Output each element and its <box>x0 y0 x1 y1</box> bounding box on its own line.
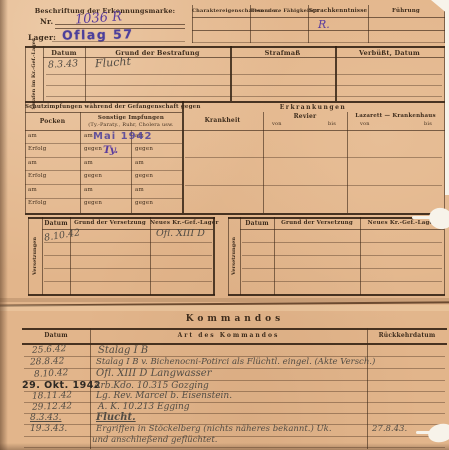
erkrankungen-revier-von: von <box>272 121 282 127</box>
strafen-row1-grund: Flucht <box>95 55 132 70</box>
erkrankungen-lazarett-von: von <box>360 121 370 127</box>
erkrankungen-lazarett-bis: bis <box>424 121 432 127</box>
kommando-row-art: Lg. Rev. Marcel b. Eisenstein. <box>96 391 232 401</box>
versetzungen-left-side-label: Versetzungen <box>32 237 38 275</box>
kommandos-col-art: Art des Kommandos <box>90 332 367 339</box>
kommando-row-art: A. K. 10.213 Egging <box>98 402 190 412</box>
kommando-row-art: Arb.Kdo. 10.315 Gozging <box>94 381 209 391</box>
versetzungen-left-col-neues: Neues Kr.-Gef.-Lager <box>150 220 213 226</box>
strafen-side-label-box: Strafen im Kr.-Gef.-Lager <box>25 46 43 101</box>
kommando-row-art: Stalag I B v. Bichenocni-Potirci als Flü… <box>96 357 375 367</box>
impf-r3c3-am: am <box>135 160 144 166</box>
versetzungen-right-col-grund: Grund der Versetzung <box>274 220 360 226</box>
impf-stamp-mai-1942: Mai 1942 <box>93 131 152 142</box>
versetzungen-row1-neues-lager: Ofl. XIII D <box>156 228 205 239</box>
nr-label: Nr. <box>40 17 53 26</box>
impfungen-col-pocken: Pocken <box>25 118 80 125</box>
erkrankungen-revier-bis: bis <box>328 121 336 127</box>
bottom-right-tear-tail <box>416 431 432 434</box>
impf-r4c3-gegen: gegen <box>135 173 153 179</box>
kommandos-col-datum: Datum <box>22 332 90 339</box>
kommando-row-rueckkehr: 27.8.43. <box>372 424 407 434</box>
versetzungen-left-col-datum: Datum <box>42 220 70 227</box>
bottom-edge-shadow <box>0 443 449 450</box>
kommando-row-art: Stalag I B <box>98 345 148 356</box>
pow-record-card: Beschriftung der Erkennungsmarke: Nr. 10… <box>0 0 449 450</box>
versetzungen-left-side-label-box: Versetzungen <box>28 217 42 295</box>
impf-entry-ty: Ty. <box>103 144 118 156</box>
card-seam-highlight <box>0 305 449 311</box>
impfungen-title: Schutzimpfungen während der Gefangenscha… <box>25 104 182 110</box>
impf-r6c2-gegen: gegen <box>84 200 102 206</box>
impf-r1c1-am: am <box>28 133 37 139</box>
impfungen-col-sonstige-line2: (Ty.-Paraty., Ruhr, Cholera usw. <box>80 122 182 128</box>
versetzungen-right-col-datum: Datum <box>240 220 274 227</box>
kommando-row-date: 29.12.42 <box>32 401 72 412</box>
versetzungen-right-side-label-box: Versetzungen <box>228 217 240 295</box>
erkrankungen-col-lazarett: Lazarett — Krankenhaus <box>347 113 444 119</box>
strafen-col-datum: Datum <box>43 49 85 57</box>
impf-r1c2-am: am <box>84 133 93 139</box>
kommando-row-date: 28.8.42 <box>30 356 65 367</box>
strafen-col-strafmass: Strafmaß <box>230 49 335 57</box>
kommando-row-date: 18.11.42 <box>32 390 72 401</box>
kommando-row-date: 8.3.43. <box>30 413 62 423</box>
col-besondere-faehigkeiten: Besondere Fähigkeiten <box>250 8 308 14</box>
col-sprachkenntnisse: Sprachkenntnisse <box>308 8 368 14</box>
versetzungen-left-col-grund: Grund der Versetzung <box>70 220 150 226</box>
kommando-row-date: 19.3.43. <box>30 424 67 434</box>
impf-r2c1-erfolg: Erfolg <box>28 146 46 152</box>
impf-r2c3-gegen: gegen <box>135 146 153 152</box>
kommandos-col-rueckkehrdatum: Rückkehrdatum <box>367 332 447 339</box>
kommandos-title: Kommandos <box>25 314 445 324</box>
kommando-row-date: 25.6.42 <box>32 344 67 356</box>
kommando-row-date: 8.10.42 <box>34 368 69 380</box>
left-edge-shadow <box>0 0 8 450</box>
impfungen-col-sonstige-line1: Sonstige Impfungen <box>80 115 182 121</box>
right-edge-tear-strip <box>445 0 449 195</box>
erkrankungen-title: Erkrankungen <box>182 104 444 111</box>
kommando-row-art: Flucht. <box>96 412 136 423</box>
kommando-row-date-stamp: 29. Okt. 1942 <box>22 380 101 391</box>
impf-r3c1-am: am <box>28 160 37 166</box>
kommando-row-art: Ergriffen in Stöckelberg (nichts näheres… <box>96 424 332 434</box>
impf-r4c1-erfolg: Erfolg <box>28 173 46 179</box>
impf-r6c3-gegen: gegen <box>135 200 153 206</box>
erkrankungen-col-krankheit: Krankheit <box>182 117 263 124</box>
strafen-row1-datum: 8.3.43 <box>48 58 79 71</box>
strafen-col-verbuesst: Verbüßt, Datum <box>335 49 444 57</box>
impf-r5c3-am: am <box>135 187 144 193</box>
impf-r4c2-gegen: gegen <box>84 173 102 179</box>
impf-r5c2-am: am <box>84 187 93 193</box>
right-edge-tear-tail <box>412 216 434 219</box>
col-fuehrung: Führung <box>368 8 444 14</box>
col-charaktereigenschaften: Charaktereigenschaften u. a. <box>192 8 250 14</box>
strafen-side-label: Strafen im Kr.-Gef.-Lager <box>31 38 37 109</box>
erkrankungen-col-revier: Revier <box>263 113 347 120</box>
impf-r2c2-gegen: gegen <box>84 146 102 152</box>
impf-r3c2-am: am <box>84 160 93 166</box>
impf-r6c1-erfolg: Erfolg <box>28 200 46 206</box>
impf-r5c1-am: am <box>28 187 37 193</box>
kommando-row-art: Ofl. XIII D Langwasser <box>96 368 212 379</box>
versetzungen-right-side-label: Versetzungen <box>231 237 237 275</box>
